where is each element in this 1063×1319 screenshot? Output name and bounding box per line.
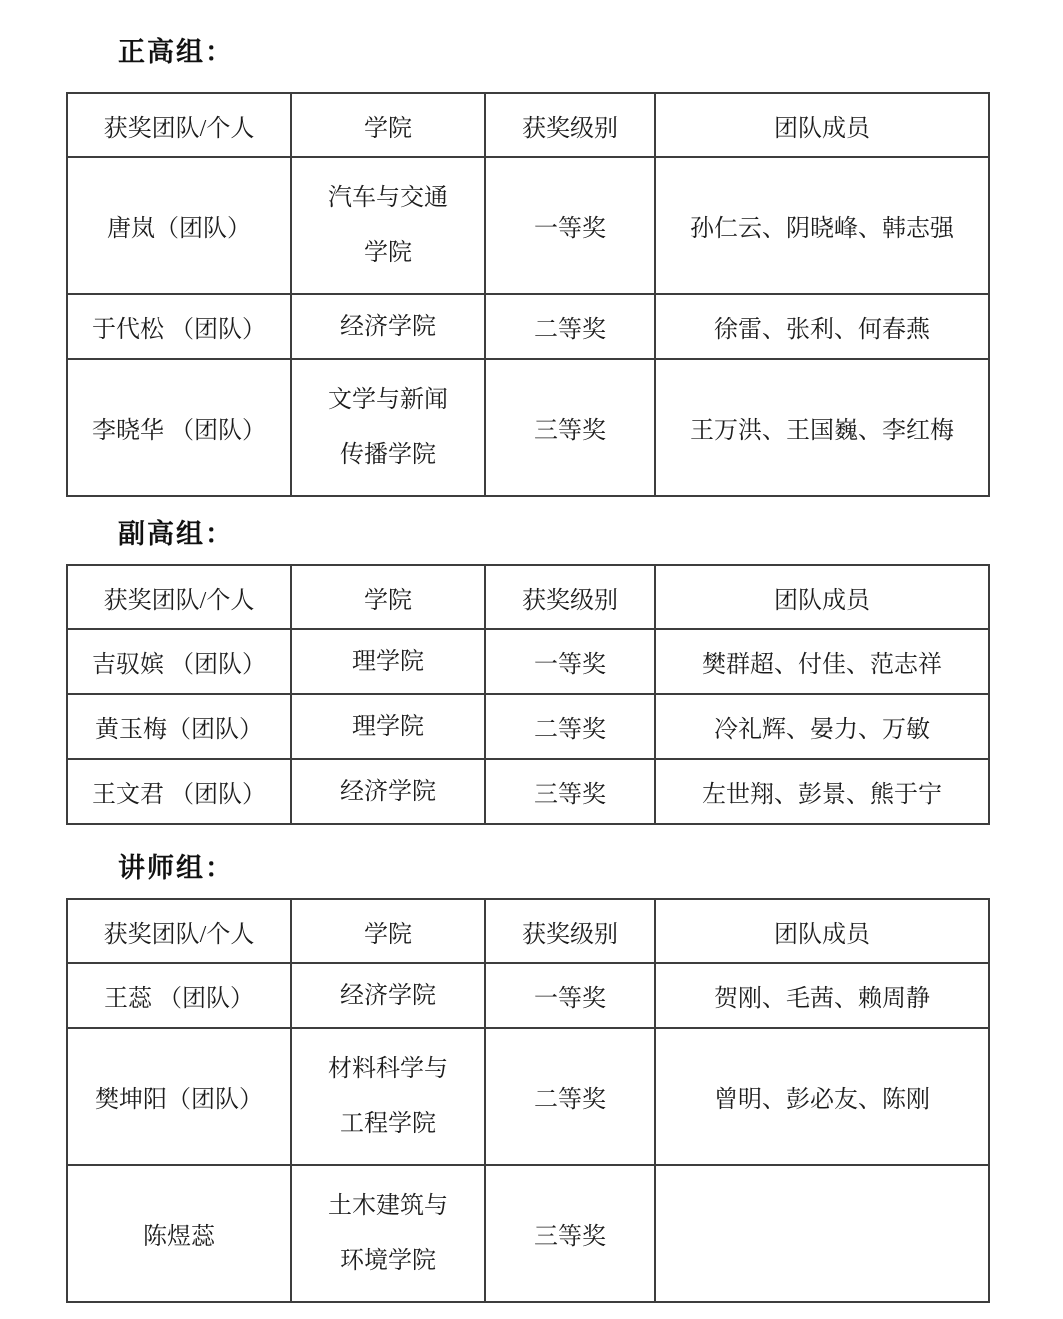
winner-cell: 唐岚（团队） [67,157,291,294]
winner-cell: 黄玉梅（团队） [67,694,291,759]
college-line: 环境学院 [296,1247,480,1275]
college-line: 材料科学与 [296,1055,480,1083]
header-cell: 获奖团队/个人 [67,565,291,629]
college-line: 经济学院 [296,982,480,1010]
table-row: 李晓华 （团队）文学与新闻传播学院三等奖王万洪、王国巍、李红梅 [67,359,989,496]
college-line: 文学与新闻 [296,386,480,414]
award-level-cell: 一等奖 [485,629,655,694]
table-row: 于代松 （团队）经济学院二等奖徐雷、张利、何春燕 [67,294,989,359]
college-cell: 材料科学与工程学院 [291,1028,485,1165]
winner-cell: 陈煜蕊 [67,1165,291,1302]
header-cell: 团队成员 [655,899,989,963]
table-row: 黄玉梅（团队）理学院二等奖冷礼辉、晏力、万敏 [67,694,989,759]
section-1: 正高组：获奖团队/个人学院获奖级别团队成员唐岚（团队）汽车与交通学院一等奖孙仁云… [66,30,1063,497]
header-cell: 团队成员 [655,93,989,157]
header-cell: 获奖团队/个人 [67,899,291,963]
table-body: 吉驭嫔 （团队）理学院一等奖樊群超、付佳、范志祥黄玉梅（团队）理学院二等奖冷礼辉… [67,629,989,824]
college-line: 学院 [296,239,480,267]
section-heading: 讲师组： [118,846,1063,885]
header-cell: 团队成员 [655,565,989,629]
members-cell: 左世翔、彭景、熊于宁 [655,759,989,824]
header-row: 获奖团队/个人学院获奖级别团队成员 [67,93,989,157]
header-cell: 获奖级别 [485,899,655,963]
header-cell: 学院 [291,899,485,963]
table-row: 陈煜蕊土木建筑与环境学院三等奖 [67,1165,989,1302]
college-cell: 土木建筑与环境学院 [291,1165,485,1302]
award-level-cell: 一等奖 [485,157,655,294]
college-line: 工程学院 [296,1110,480,1138]
members-cell [655,1165,989,1302]
college-line: 传播学院 [296,441,480,469]
college-cell: 经济学院 [291,963,485,1028]
college-cell: 经济学院 [291,294,485,359]
table-row: 王文君 （团队）经济学院三等奖左世翔、彭景、熊于宁 [67,759,989,824]
members-cell: 徐雷、张利、何春燕 [655,294,989,359]
college-line: 理学院 [296,713,480,741]
header-cell: 获奖级别 [485,93,655,157]
award-level-cell: 二等奖 [485,294,655,359]
awards-table: 获奖团队/个人学院获奖级别团队成员唐岚（团队）汽车与交通学院一等奖孙仁云、阴晓峰… [66,92,990,497]
winner-cell: 李晓华 （团队） [67,359,291,496]
college-cell: 文学与新闻传播学院 [291,359,485,496]
section-heading: 副高组： [118,512,1063,551]
college-cell: 理学院 [291,629,485,694]
members-cell: 冷礼辉、晏力、万敏 [655,694,989,759]
section-heading: 正高组： [118,30,1063,69]
award-level-cell: 三等奖 [485,1165,655,1302]
table-head: 获奖团队/个人学院获奖级别团队成员 [67,899,989,963]
winner-cell: 于代松 （团队） [67,294,291,359]
college-line: 理学院 [296,648,480,676]
winner-cell: 吉驭嫔 （团队） [67,629,291,694]
awards-table: 获奖团队/个人学院获奖级别团队成员吉驭嫔 （团队）理学院一等奖樊群超、付佳、范志… [66,564,990,825]
header-cell: 获奖级别 [485,565,655,629]
header-cell: 获奖团队/个人 [67,93,291,157]
header-cell: 学院 [291,93,485,157]
winner-cell: 樊坤阳（团队） [67,1028,291,1165]
award-level-cell: 一等奖 [485,963,655,1028]
section-2: 副高组：获奖团队/个人学院获奖级别团队成员吉驭嫔 （团队）理学院一等奖樊群超、付… [66,512,1063,825]
winner-cell: 王文君 （团队） [67,759,291,824]
table-row: 樊坤阳（团队）材料科学与工程学院二等奖曾明、彭必友、陈刚 [67,1028,989,1165]
award-level-cell: 三等奖 [485,359,655,496]
table-body: 王蕊 （团队）经济学院一等奖贺刚、毛茜、赖周静樊坤阳（团队）材料科学与工程学院二… [67,963,989,1302]
table-head: 获奖团队/个人学院获奖级别团队成员 [67,565,989,629]
members-cell: 樊群超、付佳、范志祥 [655,629,989,694]
header-row: 获奖团队/个人学院获奖级别团队成员 [67,899,989,963]
awards-table: 获奖团队/个人学院获奖级别团队成员王蕊 （团队）经济学院一等奖贺刚、毛茜、赖周静… [66,898,990,1303]
header-cell: 学院 [291,565,485,629]
header-row: 获奖团队/个人学院获奖级别团队成员 [67,565,989,629]
college-cell: 汽车与交通学院 [291,157,485,294]
award-level-cell: 三等奖 [485,759,655,824]
table-row: 唐岚（团队）汽车与交通学院一等奖孙仁云、阴晓峰、韩志强 [67,157,989,294]
award-level-cell: 二等奖 [485,1028,655,1165]
members-cell: 曾明、彭必友、陈刚 [655,1028,989,1165]
winner-cell: 王蕊 （团队） [67,963,291,1028]
members-cell: 王万洪、王国巍、李红梅 [655,359,989,496]
members-cell: 贺刚、毛茜、赖周静 [655,963,989,1028]
college-line: 汽车与交通 [296,184,480,212]
section-3: 讲师组：获奖团队/个人学院获奖级别团队成员王蕊 （团队）经济学院一等奖贺刚、毛茜… [66,846,1063,1303]
document-body: 正高组：获奖团队/个人学院获奖级别团队成员唐岚（团队）汽车与交通学院一等奖孙仁云… [0,0,1063,1303]
table-head: 获奖团队/个人学院获奖级别团队成员 [67,93,989,157]
members-cell: 孙仁云、阴晓峰、韩志强 [655,157,989,294]
table-body: 唐岚（团队）汽车与交通学院一等奖孙仁云、阴晓峰、韩志强于代松 （团队）经济学院二… [67,157,989,496]
award-level-cell: 二等奖 [485,694,655,759]
table-row: 吉驭嫔 （团队）理学院一等奖樊群超、付佳、范志祥 [67,629,989,694]
college-cell: 理学院 [291,694,485,759]
college-line: 土木建筑与 [296,1192,480,1220]
college-cell: 经济学院 [291,759,485,824]
college-line: 经济学院 [296,313,480,341]
college-line: 经济学院 [296,778,480,806]
table-row: 王蕊 （团队）经济学院一等奖贺刚、毛茜、赖周静 [67,963,989,1028]
